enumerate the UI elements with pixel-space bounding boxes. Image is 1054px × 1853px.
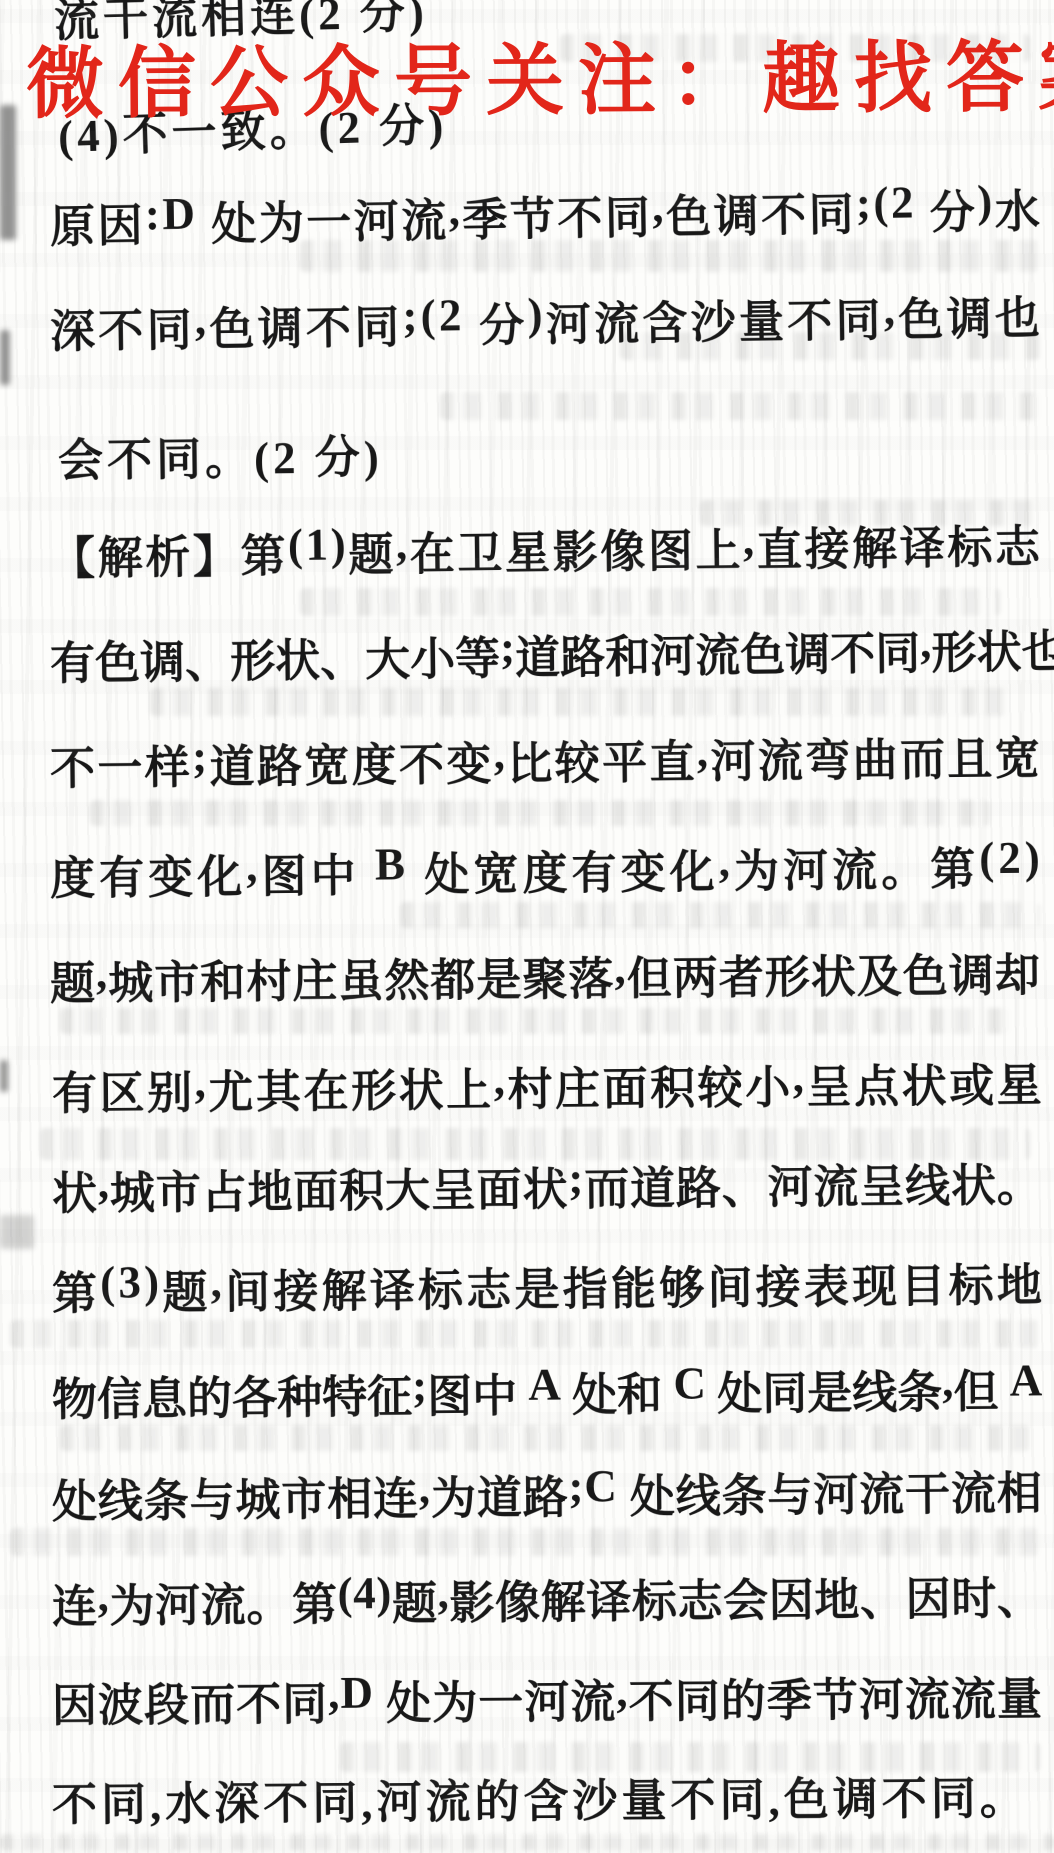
bleed-through-mark (60, 1425, 1030, 1451)
text-line: 状,城市占地面积大呈面状;而道路、河流呈线状。 (52, 1148, 1043, 1222)
bleed-through-mark (300, 588, 1000, 616)
bleed-through-mark (60, 1008, 1010, 1034)
scanned-answer-page: 流干流相连(2 分)(4)不一致。(2 分)原因:D 处为一河流,季节不同,色调… (0, 0, 1054, 1853)
edge-smudge (0, 1215, 34, 1249)
bleed-through-mark (10, 1320, 1040, 1348)
edge-smudge (0, 1060, 8, 1092)
text-line: 深不同,色调不同;(2 分)河流含沙量不同,色调也 (50, 281, 1041, 360)
bleed-through-mark (90, 800, 990, 826)
text-line: 不一样;道路宽度不变,比较平直,河流弯曲而且宽 (50, 722, 1041, 797)
text-line: 有区别,尤其在形状上,村庄面积较小,呈点状或星 (52, 1048, 1043, 1122)
text-line: 原因:D 处为一河流,季节不同,色调不同;(2 分)水 (49, 174, 1040, 255)
text-line: 处线条与城市相连,为道路;C 处线条与河流干流相 (52, 1456, 1043, 1530)
text-line: 不同,水深不同,河流的含沙量不同,色调不同。 (52, 1761, 1029, 1833)
bleed-through-mark (440, 392, 1040, 420)
wechat-watermark-text: 微信公众号关注：趣找答案 (26, 14, 1054, 134)
text-line: 度有变化,图中 B 处宽度有变化,为河流。第(2) (50, 832, 1041, 907)
bleed-through-mark (10, 1528, 1040, 1556)
text-line: 【解析】第(1)题,在卫星影像图上,直接解译标志 (50, 510, 1041, 587)
text-line: 第(3)题,间接解译标志是指能够间接表现目标地 (52, 1248, 1043, 1322)
text-line: 连,为河流。第(4)题,影像解译标志会因地、因时、 (52, 1561, 1043, 1635)
text-line: 有色调、形状、大小等;道路和河流色调不同,形状也 (50, 615, 1041, 692)
bleed-through-mark (400, 902, 1040, 928)
bleed-through-mark (0, 1834, 1054, 1850)
bleed-through-mark (150, 688, 1010, 716)
text-line: 会不同。(2 分) (58, 420, 384, 489)
text-line: 物信息的各种特征;图中 A 处和 C 处同是线条,但 A (52, 1354, 1043, 1428)
text-line: 题,城市和村庄虽然都是聚落,但两者形状及色调却 (50, 938, 1041, 1012)
text-line: 因波段而不同,D 处为一河流,不同的季节河流流量 (52, 1662, 1042, 1734)
edge-smudge (0, 330, 10, 385)
edge-smudge (0, 105, 16, 240)
